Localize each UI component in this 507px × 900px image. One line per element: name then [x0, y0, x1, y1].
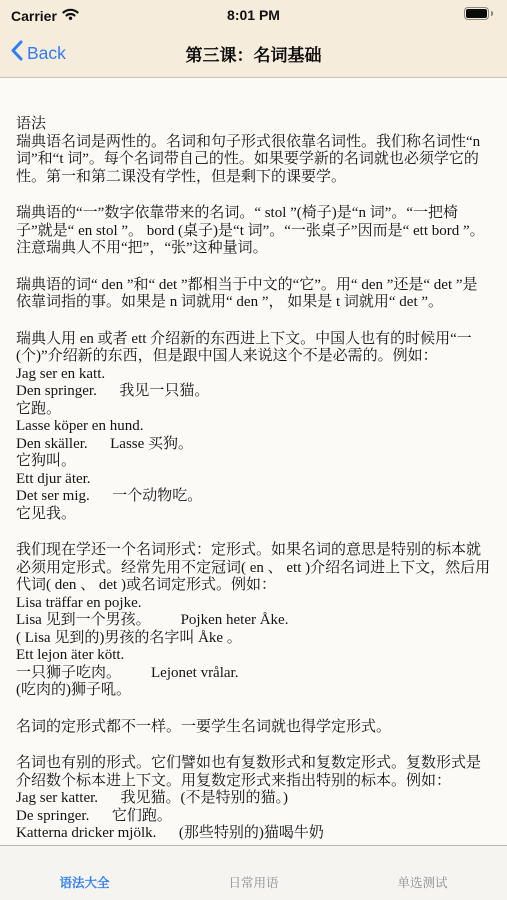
- tab-daily-phrases[interactable]: 日常用语: [169, 846, 338, 900]
- page-title: 第三课：名词基础: [0, 29, 507, 77]
- content-section: 名词也有别的形式。它们譬如也有复数形式和复数定形式。复数形式是介绍数个标本进上下…: [16, 755, 491, 843]
- battery-nub: [491, 11, 493, 16]
- status-bar: Carrier 8:01 PM: [0, 0, 507, 29]
- content-section: 瑞典语的“一”数字依靠带来的名词。“ stol ”(椅子)是“n 词”。“一把椅…: [16, 205, 491, 258]
- content-section: 瑞典人用 en 或者 ett 介绍新的东西进上下文。中国人也有的时候用“一(个)…: [16, 331, 491, 524]
- tab-grammar[interactable]: 语法大全: [0, 846, 169, 900]
- tab-label: 语法大全: [59, 873, 109, 891]
- content-section: 名词的定形式都不一样。一要学生名词就也得学定形式。: [16, 719, 491, 737]
- tab-quiz[interactable]: 单选测试: [338, 846, 507, 900]
- header: Carrier 8:01 PM: [0, 0, 507, 78]
- tab-label: 日常用语: [228, 873, 278, 891]
- nav-bar: Back 第三课：名词基础: [0, 29, 507, 77]
- clock: 8:01 PM: [0, 7, 507, 23]
- battery-fill: [466, 9, 487, 18]
- battery-icon: [464, 7, 489, 20]
- content-section: 我们现在学还一个名词形式：定形式。如果名词的意思是特别的标本就必须用定形式。经常…: [16, 542, 491, 700]
- tab-label: 单选测试: [397, 873, 447, 891]
- tab-bar: 语法大全 日常用语 单选测试: [0, 845, 507, 900]
- app-screen: Carrier 8:01 PM: [0, 0, 507, 900]
- content-section: 瑞典语的词“ den ”和“ det ”都相当于中文的“它”。用“ den ”还…: [16, 277, 491, 312]
- lesson-content[interactable]: 语法 瑞典语名词是两性的。名词和句子形式很依靠名词性。我们称名词性“n 词”和“…: [0, 79, 507, 845]
- content-section: 语法 瑞典语名词是两性的。名词和句子形式很依靠名词性。我们称名词性“n 词”和“…: [16, 116, 491, 186]
